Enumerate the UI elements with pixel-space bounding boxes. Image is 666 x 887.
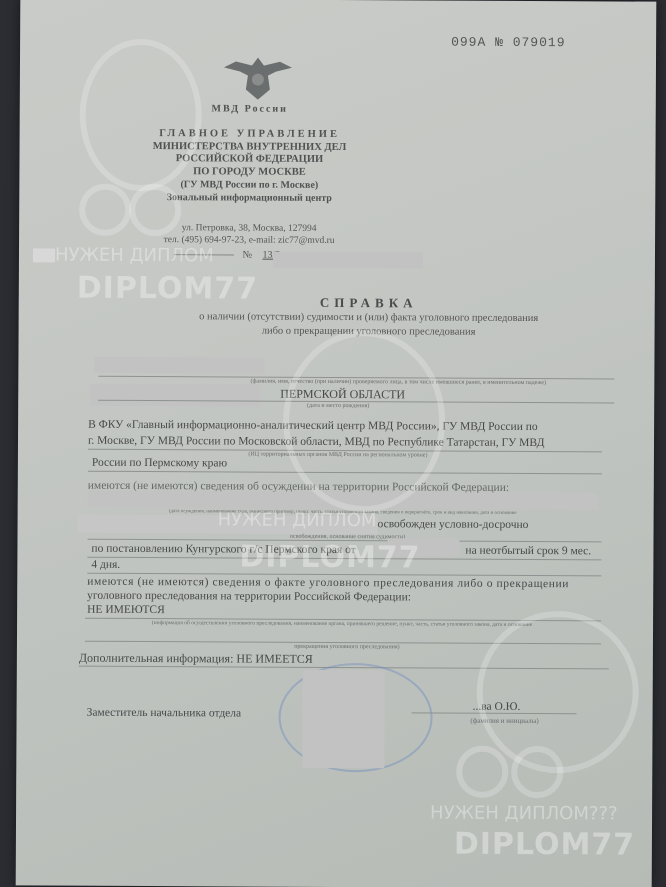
- release-text: освобожден условно-досрочно: [378, 518, 529, 531]
- prosecution-heading: уголовного преследования на территории Р…: [87, 590, 411, 604]
- serial-number: 099А № 079019: [451, 35, 565, 51]
- watermark-glasses-icon: [79, 184, 131, 236]
- signer-position: Заместитель начальника отдела: [87, 707, 242, 720]
- watermark-logo-icon: [79, 39, 202, 192]
- document-subtitle: о наличии (отсутствии) судимости и (или)…: [139, 311, 599, 324]
- prosecution-value: НЕ ИМЕЮТСЯ: [87, 604, 165, 616]
- redaction-box: [94, 357, 264, 374]
- prosecution-caption: прекращения уголовного преследования): [267, 644, 427, 651]
- prosecution-heading: имеются (не имеются) сведения о факте уг…: [87, 576, 569, 591]
- certificate-page: 099А № 079019 МВД России ГЛАВНОЕ УПРАВЛЕ…: [16, 0, 657, 887]
- watermark-text: DIPLOM77: [77, 271, 258, 307]
- additional-info: Дополнительная информация: НЕ ИМЕЕТСЯ: [79, 651, 313, 667]
- redaction-box: [302, 670, 385, 768]
- watermark-glasses-icon: [456, 746, 508, 798]
- redaction-box: [90, 384, 260, 407]
- watermark-logo-icon: [476, 611, 639, 774]
- watermark-text: DIPLOM77: [239, 539, 420, 575]
- watermark-text: DIPLOM77: [454, 827, 635, 863]
- ref-label: №: [242, 250, 252, 261]
- eagle-emblem-icon: [218, 49, 298, 104]
- watermark-glasses-icon: [511, 746, 563, 798]
- release-text: на неотбытый срок 9 мес.: [465, 545, 591, 558]
- watermark-text: НУЖЕН ДИПЛОМ: [55, 245, 214, 267]
- watermark-text: НУЖЕН ДИПЛОМ: [218, 509, 377, 531]
- watermark-glasses-icon: [129, 184, 181, 236]
- watermark-text: НУЖЕН ДИПЛОМ???: [430, 802, 618, 824]
- records-text: России по Пермскому краю: [92, 457, 227, 470]
- release-text: 4 дня.: [91, 559, 120, 571]
- redaction-box: [33, 248, 55, 262]
- redaction-box: [273, 252, 423, 269]
- watermark-logo-icon: [283, 330, 446, 513]
